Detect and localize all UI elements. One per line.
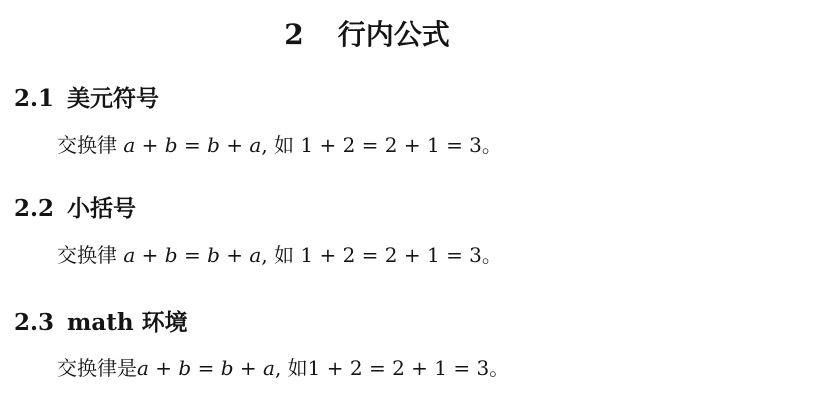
subsection-number: 2.2 bbox=[14, 195, 54, 222]
text-run-op: + bbox=[135, 243, 164, 267]
subsection-heading-2-3: 2.3math 环境 bbox=[14, 308, 188, 338]
text-run-op: + bbox=[135, 133, 164, 157]
text-run-var: a bbox=[137, 356, 149, 380]
text-run-op: = bbox=[178, 243, 207, 267]
text-run-var: b bbox=[207, 133, 220, 157]
text-run-var: a bbox=[249, 133, 261, 157]
text-run-op: + bbox=[220, 243, 249, 267]
text-run-var: a bbox=[123, 133, 135, 157]
text-run-op: = bbox=[178, 133, 207, 157]
paragraph-2-3: 交换律是a + b = b + a, 如1 + 2 = 2 + 1 = 3。 bbox=[57, 353, 509, 383]
text-run-cjk: , 如 bbox=[261, 243, 300, 267]
subsection-heading-text: 小括号 bbox=[67, 195, 136, 222]
text-run-var: a bbox=[263, 356, 275, 380]
text-run-cjk: , 如 bbox=[261, 133, 300, 157]
subsection-heading-text: 美元符号 bbox=[67, 85, 159, 112]
text-run-var: a bbox=[249, 243, 261, 267]
text-run-var: b bbox=[165, 243, 178, 267]
text-run-op: + bbox=[234, 356, 263, 380]
text-run-op: = bbox=[191, 356, 220, 380]
paragraph-2-1: 交换律 a + b = b + a, 如 1 + 2 = 2 + 1 = 3。 bbox=[57, 130, 502, 160]
section-title-text: 行内公式 bbox=[338, 18, 450, 51]
text-run-var: b bbox=[178, 356, 191, 380]
subsection-heading-text: math 环境 bbox=[67, 309, 188, 336]
subsection-heading-2-1: 2.1美元符号 bbox=[14, 84, 159, 114]
subsection-number: 2.1 bbox=[14, 85, 54, 112]
section-title: 2行内公式 bbox=[14, 15, 720, 55]
text-run-cjk: 。 bbox=[489, 356, 509, 380]
text-run-op: + bbox=[220, 133, 249, 157]
text-run-num: 1 + 2 = 2 + 1 = 3 bbox=[300, 133, 482, 157]
subsection-heading-2-2: 2.2小括号 bbox=[14, 194, 136, 224]
text-run-var: a bbox=[123, 243, 135, 267]
section-number: 2 bbox=[284, 18, 303, 51]
text-run-var: b bbox=[221, 356, 234, 380]
text-run-cjk: 。 bbox=[482, 133, 502, 157]
text-run-cjk: 交换律 bbox=[57, 243, 123, 267]
text-run-num: 1 + 2 = 2 + 1 = 3 bbox=[308, 356, 490, 380]
text-run-op: + bbox=[149, 356, 178, 380]
paragraph-2-2: 交换律 a + b = b + a, 如 1 + 2 = 2 + 1 = 3。 bbox=[57, 240, 502, 270]
subsection-number: 2.3 bbox=[14, 309, 54, 336]
pdf-page: 2行内公式 2.1美元符号 交换律 a + b = b + a, 如 1 + 2… bbox=[0, 0, 814, 399]
text-run-var: b bbox=[207, 243, 220, 267]
text-run-cjk: 交换律是 bbox=[57, 356, 137, 380]
text-run-cjk: 交换律 bbox=[57, 133, 123, 157]
text-run-num: 1 + 2 = 2 + 1 = 3 bbox=[300, 243, 482, 267]
text-run-cjk: , 如 bbox=[275, 356, 308, 380]
text-run-cjk: 。 bbox=[482, 243, 502, 267]
text-run-var: b bbox=[165, 133, 178, 157]
